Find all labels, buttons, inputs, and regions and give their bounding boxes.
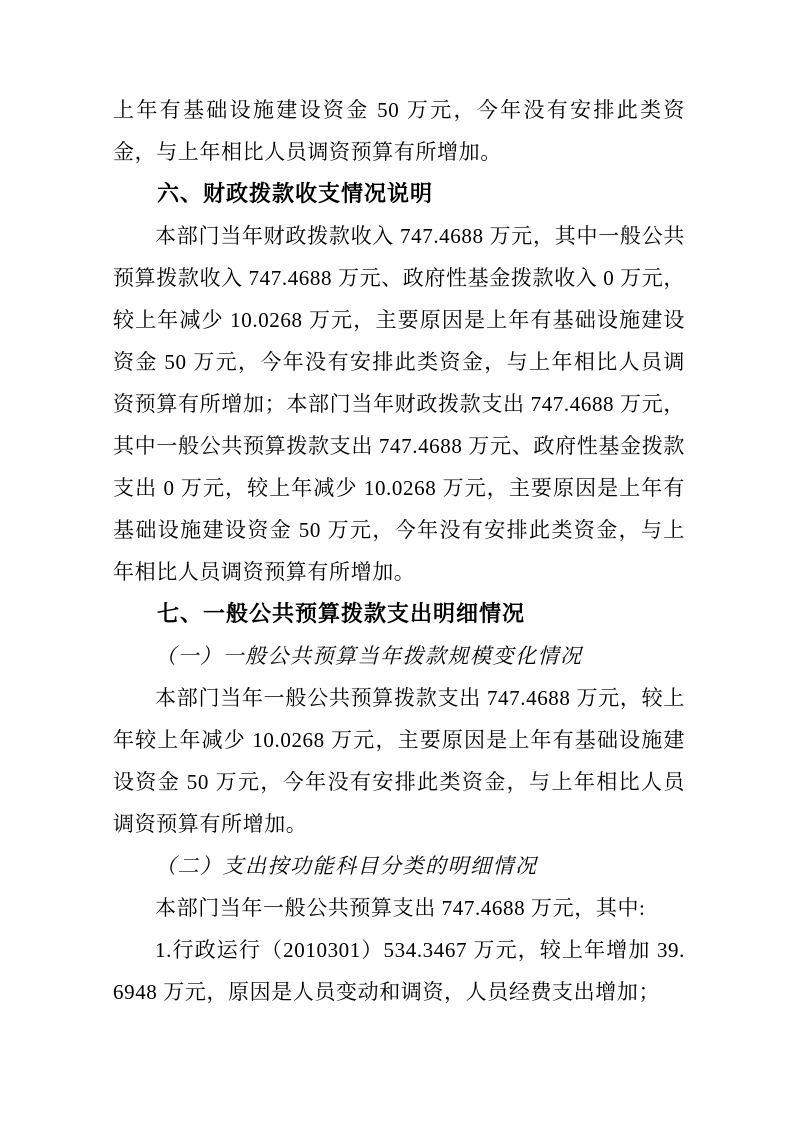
paragraph-expenditure-by-function: 本部门当年一般公共预算支出 747.4688 万元，其中: xyxy=(113,887,685,929)
document-page: 上年有基础设施建设资金 50 万元，今年没有安排此类资金，与上年相比人员调资预算… xyxy=(0,0,793,1122)
subheading-item-two: （二）支出按功能科目分类的明细情况 xyxy=(113,845,685,887)
paragraph-carryover: 上年有基础设施建设资金 50 万元，今年没有安排此类资金，与上年相比人员调资预算… xyxy=(113,89,685,173)
heading-section-seven: 七、一般公共预算拨款支出明细情况 xyxy=(113,593,685,635)
paragraph-fiscal-appropriation: 本部门当年财政拨款收入 747.4688 万元，其中一般公共预算拨款收入 747… xyxy=(113,215,685,593)
subheading-item-one: （一）一般公共预算当年拨款规模变化情况 xyxy=(113,635,685,677)
paragraph-budget-scale-change: 本部门当年一般公共预算拨款支出 747.4688 万元，较上年较上年减少 10.… xyxy=(113,677,685,845)
heading-section-six: 六、财政拨款收支情况说明 xyxy=(113,173,685,215)
paragraph-admin-operation: 1.行政运行（2010301）534.3467 万元，较上年增加 39.6948… xyxy=(113,929,685,1013)
